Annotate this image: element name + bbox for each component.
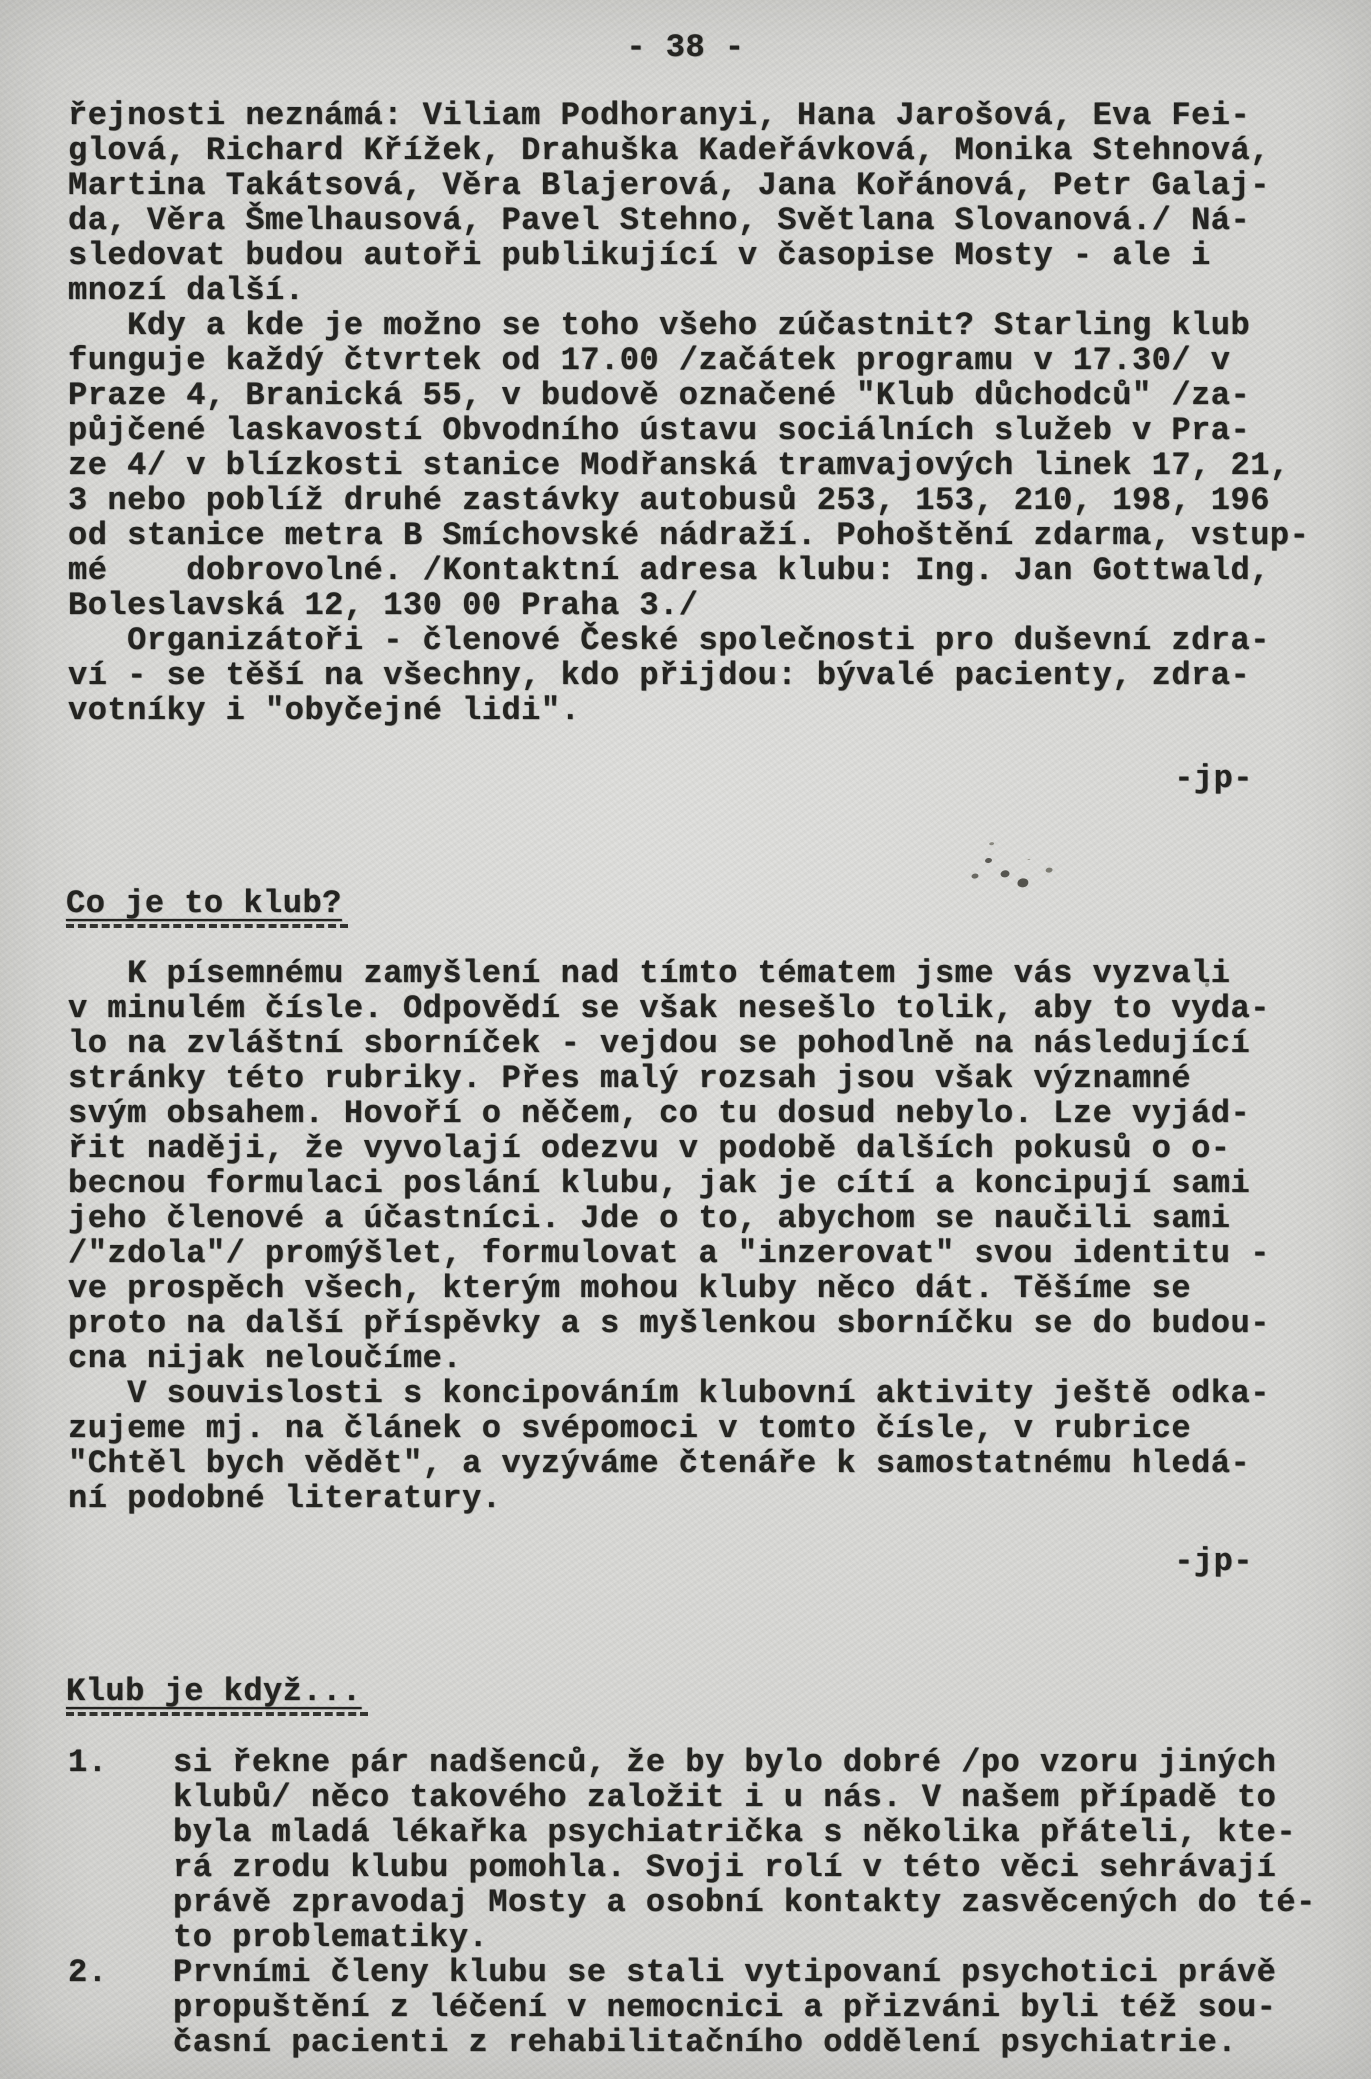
section-heading-co-je-to-klub: Co je to klub? (66, 886, 1371, 928)
scanned-document-page: { "page_number": "- 38 -", "article1": {… (0, 0, 1371, 2079)
ink-smudge (985, 857, 993, 863)
page-number: - 38 - (0, 30, 1371, 65)
list-item-text: Prvními členy klubu se stali vytipovaní … (173, 1955, 1371, 2060)
paper-fleck (1205, 983, 1209, 987)
list-item-number: 1. (0, 1745, 173, 1780)
article-2-body: K písemnému zamyšlení nad tímto tématem … (68, 956, 1341, 1516)
list-item: 1. si řekne pár nadšenců, že by bylo dob… (0, 1745, 1371, 1955)
section-heading-text: Klub je když... (66, 1674, 368, 1716)
section-heading-text: Co je to klub? (66, 886, 348, 928)
section-heading-klub-je-kdyz: Klub je když... (66, 1674, 1371, 1716)
numbered-list: 1. si řekne pár nadšenců, že by bylo dob… (0, 1745, 1371, 2060)
article-1-body: řejnosti neznámá: Viliam Podhoranyi, Han… (68, 98, 1341, 728)
list-item: 2. Prvními členy klubu se stali vytipova… (0, 1955, 1371, 2060)
paper-fleck (836, 641, 839, 646)
list-item-text: si řekne pár nadšenců, že by bylo dobré … (173, 1745, 1371, 1955)
signature-jp-1: -jp- (0, 761, 1371, 796)
signature-jp-2: -jp- (0, 1544, 1371, 1579)
list-item-number: 2. (0, 1955, 173, 1990)
